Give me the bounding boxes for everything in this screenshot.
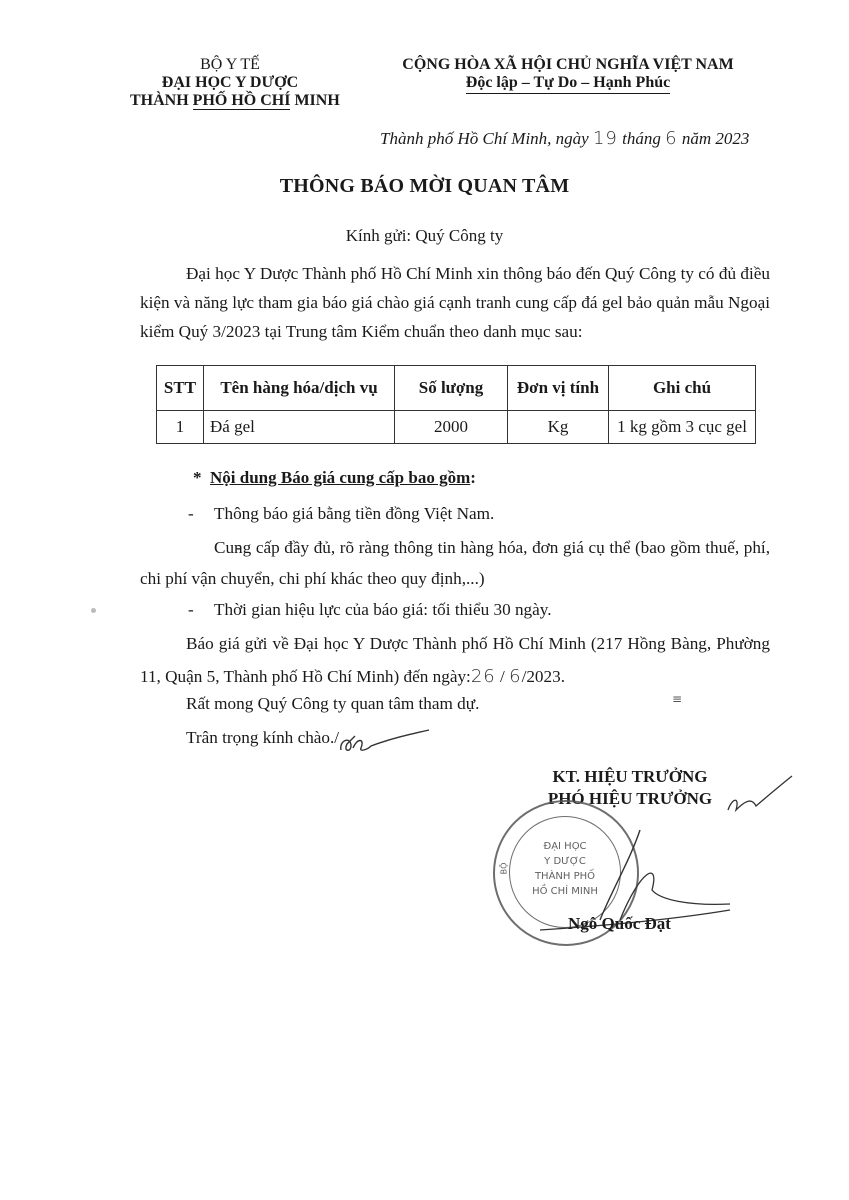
quote-section-heading-text: Nội dung Báo giá cung cấp bao gồm	[210, 468, 470, 487]
dateline: Thành phố Hồ Chí Minh, ngày 19 tháng 6 n…	[380, 128, 749, 149]
national-header: CỘNG HÒA XÃ HỘI CHỦ NGHĨA VIỆT NAM Độc l…	[378, 56, 758, 94]
table-header-row: STT Tên hàng hóa/dịch vụ Số lượng Đơn vị…	[157, 366, 756, 411]
cell-quantity: 2000	[395, 411, 508, 444]
deadline-paragraph: Báo giá gửi về Đại học Y Dược Thành phố …	[140, 627, 770, 693]
dateline-prefix: Thành phố Hồ Chí Minh, ngày	[380, 129, 593, 148]
cell-item-name: Đá gel	[204, 411, 395, 444]
closing-line-2-text: Trân trọng kính chào./	[186, 728, 339, 747]
table-row: 1 Đá gel 2000 Kg 1 kg gồm 3 cục gel	[157, 411, 756, 444]
list-item-text: Thông báo giá bằng tiền đồng Việt Nam.	[214, 504, 494, 523]
initials-signature-icon	[337, 728, 437, 758]
intro-paragraph: Đại học Y Dược Thành phố Hồ Chí Minh xin…	[140, 259, 770, 346]
col-header-stt: STT	[157, 366, 204, 411]
salutation: Kính gửi: Quý Công ty	[0, 226, 849, 246]
quote-section-heading: * Nội dung Báo giá cung cấp bao gồm:	[193, 468, 476, 488]
dateline-year: năm 2023	[678, 129, 750, 148]
university-name-pre: THÀNH	[130, 92, 193, 109]
deadline-year: /2023.	[522, 667, 565, 686]
cell-note: 1 kg gồm 3 cục gel	[609, 411, 756, 444]
edge-speck	[91, 608, 96, 613]
list-item: -Thời gian hiệu lực của báo giá: tối thi…	[188, 595, 552, 624]
dash-bullet: -	[188, 499, 214, 528]
list-item-text: Cung cấp đầy đủ, rõ ràng thông tin hàng …	[140, 538, 770, 588]
col-header-quantity: Số lượng	[395, 366, 508, 411]
dateline-month-label: tháng	[618, 129, 665, 148]
list-item: -Cung cấp đầy đủ, rõ ràng thông tin hàng…	[140, 532, 770, 594]
stamp-side-text: BỘ	[499, 863, 508, 875]
items-table: STT Tên hàng hóa/dịch vụ Số lượng Đơn vị…	[156, 365, 756, 444]
issuer-block: BỘ Y TẾ ĐẠI HỌC Y DƯỢC THÀNH PHỐ HỒ CHÍ …	[130, 56, 330, 110]
university-name-line1: ĐẠI HỌC Y DƯỢC	[130, 74, 330, 92]
university-name-line2: THÀNH PHỐ HỒ CHÍ MINH	[130, 92, 330, 110]
closing-line-1: Rất mong Quý Công ty quan tâm tham dự.	[186, 694, 479, 714]
dash-bullet: -	[188, 595, 214, 624]
dash-bullet: -	[188, 532, 214, 563]
deadline-sep: /	[496, 667, 509, 686]
col-header-unit: Đơn vị tính	[508, 366, 609, 411]
university-name-underlined: PHỐ HỒ CHÍ	[193, 93, 291, 110]
dateline-day: 19	[593, 128, 618, 149]
list-item-text: Thời gian hiệu lực của báo giá: tối thiể…	[214, 600, 552, 619]
deadline-day: 26	[471, 666, 496, 687]
country-name: CỘNG HÒA XÃ HỘI CHỦ NGHĨA VIỆT NAM	[378, 56, 758, 74]
closing-line-2: Trân trọng kính chào./	[186, 728, 339, 748]
university-name-post: MINH	[290, 92, 339, 109]
deadline-month: 6	[509, 666, 521, 687]
cell-stt: 1	[157, 411, 204, 444]
ministry-name: BỘ Y TẾ	[130, 56, 330, 74]
deadline-text: Báo giá gửi về Đại học Y Dược Thành phố …	[140, 634, 770, 686]
cell-unit: Kg	[508, 411, 609, 444]
signatory-name: Ngô Quốc Đạt	[568, 914, 671, 934]
heading-colon: :	[470, 468, 476, 487]
dateline-month: 6	[665, 128, 677, 149]
scan-mark: ≡	[672, 692, 682, 706]
col-header-note: Ghi chú	[609, 366, 756, 411]
asterisk-marker: *	[193, 468, 202, 487]
list-item: -Thông báo giá bằng tiền đồng Việt Nam.	[188, 499, 494, 528]
motto: Độc lập – Tự Do – Hạnh Phúc	[466, 74, 670, 94]
document-title: THÔNG BÁO MỜI QUAN TÂM	[0, 175, 849, 198]
col-header-item-name: Tên hàng hóa/dịch vụ	[204, 366, 395, 411]
